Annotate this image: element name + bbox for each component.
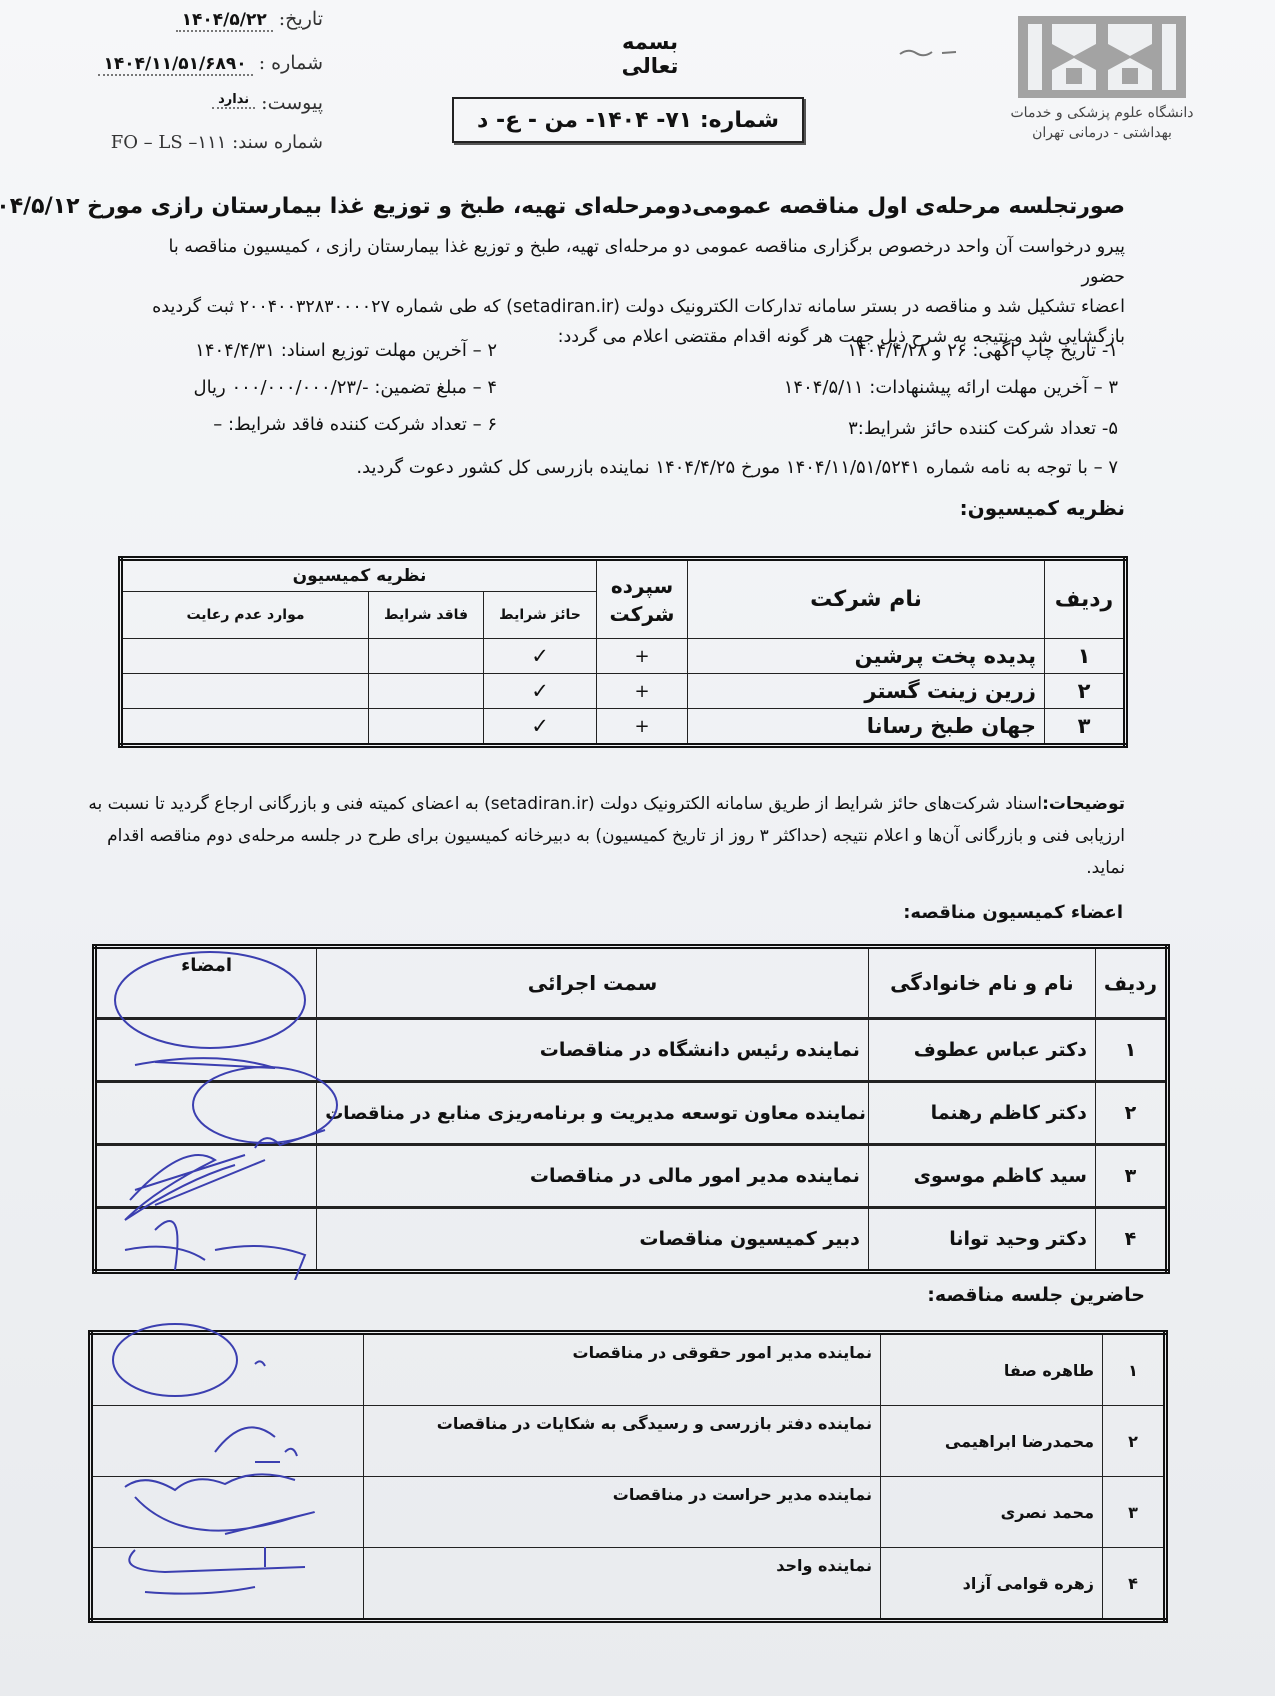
- attendees-table: ۱ طاهره صفا نماینده مدیر امور حقوقی در م…: [88, 1330, 1168, 1623]
- table-row: ۳ جهان طبخ رسانا + ✓: [121, 709, 1126, 746]
- attachment-value: ندارد: [212, 92, 255, 109]
- item-2: ۲ – آخرین مهلت توزیع اسناد: ۱۴۰۴/۴/۳۱: [195, 340, 497, 361]
- item-6: ۶ – تعداد شرکت کننده فاقد شرایط: –: [213, 414, 497, 435]
- attachment-label: پیوست:: [261, 92, 323, 114]
- table-row: ۳ سید کاظم موسوی نماینده مدیر امور مالی …: [95, 1145, 1168, 1208]
- table-row: ۳ محمد نصری نماینده مدیر حراست در مناقصا…: [91, 1477, 1166, 1548]
- table-row: ۲ محمدرضا ابراهیمی نماینده دفتر بازرسی و…: [91, 1406, 1166, 1477]
- col-header-company: نام شرکت: [688, 559, 1045, 639]
- signature-cell: [91, 1333, 364, 1406]
- number-line: شماره : ۱۴۰۴/۱۱/۵۱/۶۸۹۰: [98, 52, 323, 74]
- item-3: ۳ – آخرین مهلت ارائه پیشنهادات: ۱۴۰۴/۵/۱…: [784, 377, 1118, 398]
- table-row: ۱ طاهره صفا نماینده مدیر امور حقوقی در م…: [91, 1333, 1166, 1406]
- boxed-reference-number: شماره: ۷۱- ۱۴۰۴- من - ع- د: [452, 97, 804, 143]
- col-header-name: نام و نام خانوادگی: [868, 947, 1095, 1019]
- col-header-violations: موارد عدم رعایت: [121, 592, 369, 639]
- check-icon: ✓: [484, 674, 597, 709]
- doc-number-line: شماره سند: FO – LS –۱۱۱: [111, 132, 323, 153]
- col-header-row: ردیف: [1095, 947, 1167, 1019]
- table-row: ۴ دکتر وحید توانا دبیر کمیسیون مناقصات: [95, 1208, 1168, 1272]
- members-heading: اعضاء کمیسیون مناقصه:: [903, 902, 1123, 923]
- number-label: شماره :: [259, 52, 323, 74]
- signature-cell: [95, 1082, 317, 1145]
- table-row: ۱ دکتر عباس عطوف نماینده رئیس دانشگاه در…: [95, 1019, 1168, 1082]
- bismillah-heading: بسمه تعالی: [590, 30, 710, 78]
- commission-opinion-heading: نظریه کمیسیون:: [960, 496, 1125, 520]
- notes-label: توضیحات:: [1042, 794, 1125, 814]
- check-icon: ✓: [484, 709, 597, 746]
- notes-paragraph: توضیحات:اسناد شرکت‌های حائز شرایط از طری…: [80, 788, 1125, 884]
- table-row: ۲ زرین زینت گستر + ✓: [121, 674, 1126, 709]
- members-table: ردیف نام و نام خانوادگی سمت اجرائی امضاء…: [92, 944, 1170, 1274]
- date-line: تاریخ: ۱۴۰۴/۵/۲۲: [176, 8, 323, 30]
- col-header-deposit: سپرده شرکت: [597, 559, 688, 639]
- university-logo-icon: [1018, 16, 1186, 98]
- item-5: ۵- تعداد شرکت کننده حائز شرایط:۳: [848, 418, 1118, 439]
- signature-cell: [91, 1477, 364, 1548]
- number-value: ۱۴۰۴/۱۱/۵۱/۶۸۹۰: [98, 54, 253, 76]
- col-header-row: ردیف: [1045, 559, 1126, 639]
- item-7: ۷ – با توجه به نامه شماره ۱۴۰۴/۱۱/۵۱/۵۲۴…: [356, 457, 1118, 478]
- doc-number-value: FO – LS –۱۱۱: [111, 132, 227, 153]
- date-label: تاریخ:: [279, 8, 323, 30]
- check-icon: ✓: [484, 639, 597, 674]
- signature-cell: [95, 1145, 317, 1208]
- doc-number-label: شماره سند:: [232, 132, 323, 153]
- signature-cell: [95, 1019, 317, 1082]
- university-name: دانشگاه علوم پزشکی و خدمات بهداشتی - درم…: [1002, 103, 1202, 143]
- intro-paragraph: پیرو درخواست آن واحد درخصوص برگزاری مناق…: [125, 232, 1125, 352]
- col-header-qualified: حائز شرایط: [484, 592, 597, 639]
- table-row: ۴ زهره قوامی آزاد نماینده واحد: [91, 1548, 1166, 1621]
- table-row: ۲ دکتر کاظم رهنما نماینده معاون توسعه مد…: [95, 1082, 1168, 1145]
- mark-scribble-icon: [898, 44, 958, 60]
- col-header-position: سمت اجرائی: [317, 947, 869, 1019]
- signature-cell: [95, 1208, 317, 1272]
- date-value: ۱۴۰۴/۵/۲۲: [176, 10, 273, 32]
- signature-cell: [91, 1548, 364, 1621]
- col-header-opinion: نظریه کمیسیون: [121, 559, 597, 592]
- table-row: ۱ پدیده پخت پرشین + ✓: [121, 639, 1126, 674]
- col-header-signature: امضاء: [95, 947, 317, 1019]
- col-header-unqualified: فاقد شرایط: [369, 592, 484, 639]
- item-4: ۴ – مبلغ تضمین: -/۰۰۰/۰۰۰/۰۰۰/۲۳ ریال: [193, 377, 497, 398]
- item-1: ۱- تاریخ چاپ آگهی: ۲۶ و ۱۴۰۴/۴/۲۸: [847, 340, 1118, 361]
- document-title: صورتجلسه مرحله‌ی اول مناقصه عمومی‌دومرحل…: [145, 194, 1125, 219]
- bids-table: ردیف نام شرکت سپرده شرکت نظریه کمیسیون ح…: [118, 556, 1128, 748]
- attachment-line: پیوست: ندارد: [212, 92, 323, 114]
- document-page: تاریخ: ۱۴۰۴/۵/۲۲ شماره : ۱۴۰۴/۱۱/۵۱/۶۸۹۰…: [0, 0, 1275, 1696]
- attendees-heading: حاضرین جلسه مناقصه:: [927, 1284, 1145, 1306]
- signature-cell: [91, 1406, 364, 1477]
